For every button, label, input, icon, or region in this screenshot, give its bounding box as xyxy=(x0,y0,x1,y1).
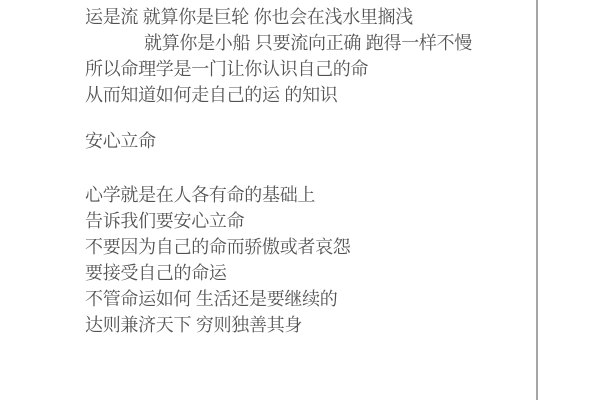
text-line: 从而知道如何走自己的运 的知识 xyxy=(85,82,472,108)
text-line: 运是流 就算你是巨轮 你也会在浅水里搁浅 xyxy=(85,4,472,30)
section-heading: 安心立命 xyxy=(85,128,472,154)
text-line: 所以命理学是一门让你认识自己的命 xyxy=(85,56,472,82)
paragraph-heart-learning: 心学就是在人各有命的基础上 告诉我们要安心立命 不要因为自己的命而骄傲或者哀怨 … xyxy=(85,182,472,338)
vertical-divider xyxy=(536,0,538,400)
text-line: 不管命运如何 生活还是要继续的 xyxy=(85,286,472,312)
text-line: 心学就是在人各有命的基础上 xyxy=(85,182,472,208)
document-page: 运是流 就算你是巨轮 你也会在浅水里搁浅 就算你是小船 只要流向正确 跑得一样不… xyxy=(0,0,600,400)
text-line: 不要因为自己的命而骄傲或者哀怨 xyxy=(85,234,472,260)
text-line: 告诉我们要安心立命 xyxy=(85,208,472,234)
paragraph-fate-flow: 运是流 就算你是巨轮 你也会在浅水里搁浅 就算你是小船 只要流向正确 跑得一样不… xyxy=(85,4,472,108)
text-line: 达则兼济天下 穷则独善其身 xyxy=(85,312,472,338)
text-line: 就算你是小船 只要流向正确 跑得一样不慢 xyxy=(85,30,472,56)
text-content: 运是流 就算你是巨轮 你也会在浅水里搁浅 就算你是小船 只要流向正确 跑得一样不… xyxy=(85,4,472,338)
text-line: 要接受自己的命运 xyxy=(85,260,472,286)
